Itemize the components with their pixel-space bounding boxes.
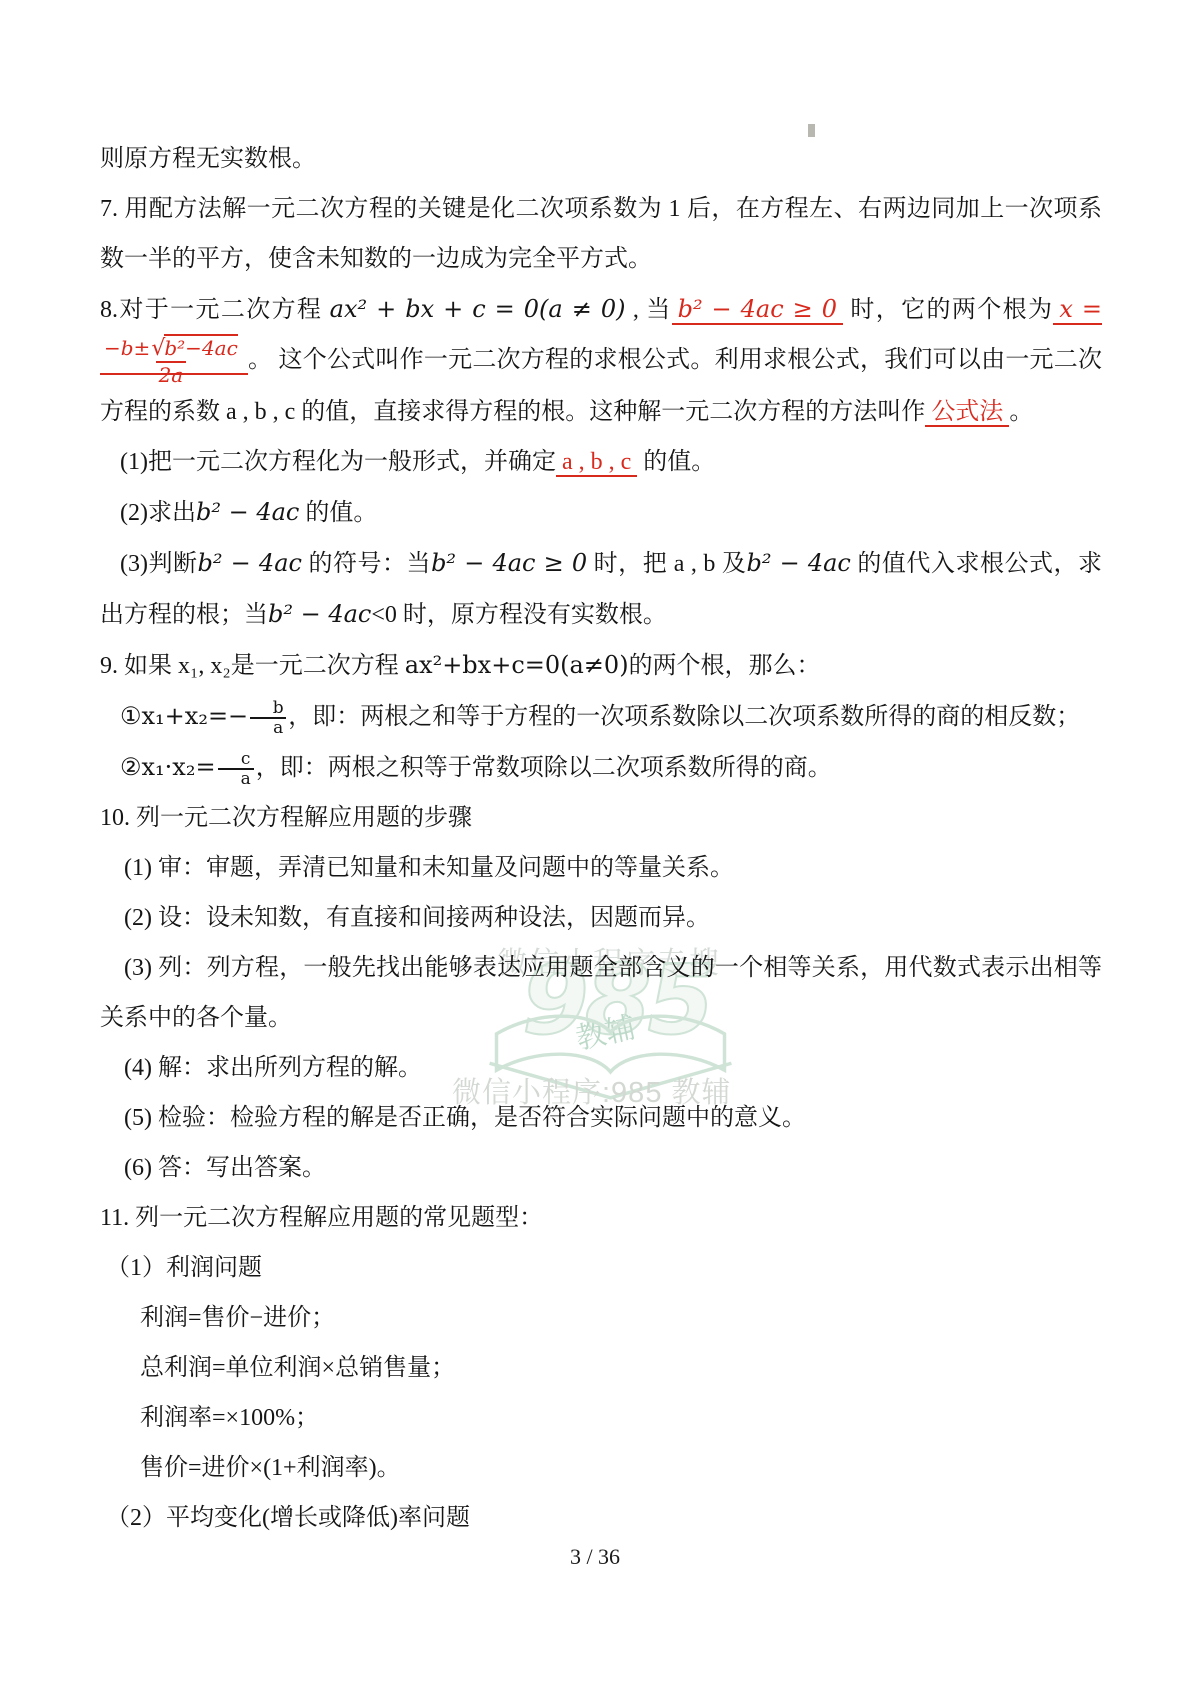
document-page: 微信小程序专搜 985 教辅 微信小程序:985 教辅 则原方程无实数根。 7.…	[0, 0, 1190, 1683]
stray-mark	[808, 124, 815, 137]
item-10-step-2: (2) 设：设未知数，有直接和间接两种设法，因题而异。	[100, 893, 1102, 943]
item-7: 7. 用配方法解一元二次方程的关键是化二次项系数为 1 后，在方程左、右两边同加…	[100, 184, 1102, 284]
method-name: 公式法	[925, 399, 1009, 427]
document-body: 则原方程无实数根。 7. 用配方法解一元二次方程的关键是化二次项系数为 1 后，…	[100, 134, 1102, 1543]
page-number: 3 / 36	[0, 1544, 1190, 1570]
item-8-sub-3: (3)判断b² − 4ac 的符号：当b² − 4ac ≥ 0 时，把 a , …	[100, 538, 1102, 640]
vieta-product-line: ②x₁·x₂=ca，即：两根之积等于常数项除以二次项系数所得的商。	[100, 742, 1102, 793]
profit-formula-4: 售价=进价×(1+利润率)。	[100, 1443, 1102, 1493]
coefficients-abc: a , b , c	[556, 449, 637, 477]
general-form-equation: ax² + bx + c = 0(a ≠ 0)	[330, 295, 626, 323]
item-10-head: 10. 列一元二次方程解应用题的步骤	[100, 793, 1102, 843]
discriminant-condition: b² − 4ac ≥ 0	[672, 295, 843, 325]
item-10-step-6: (6) 答：写出答案。	[100, 1143, 1102, 1193]
sum-fraction: ba	[250, 699, 286, 737]
item-8-sub-2: (2)求出b² − 4ac 的值。	[100, 487, 1102, 538]
profit-formula-2: 总利润=单位利润×总销售量；	[100, 1343, 1102, 1393]
profit-formula-1: 利润=售价−进价；	[100, 1293, 1102, 1343]
item-10-step-1: (1) 审：审题，弄清已知量和未知量及问题中的等量关系。	[100, 843, 1102, 893]
vieta-sum-line: ①x₁+x₂=−ba，即：两根之和等于方程的一次项系数除以二次项系数所得的商的相…	[100, 691, 1102, 742]
item-10-step-3: (3) 列：列方程，一般先找出能够表达应用题全部含义的一个相等关系，用代数式表示…	[100, 943, 1102, 1043]
profit-formula-3: 利润率=×100%；	[100, 1393, 1102, 1443]
product-fraction: ca	[218, 750, 254, 788]
formula-fraction: −b±√b²−4ac2a	[102, 336, 240, 387]
item-11-type-1: （1）利润问题	[100, 1243, 1102, 1293]
item-8-sub-1: (1)把一元二次方程化为一般形式，并确定a , b , c 的值。	[100, 437, 1102, 487]
item-9-equation: ax²+bx+c=0(a≠0)	[405, 651, 629, 679]
item-10-step-5: (5) 检验：检验方程的解是否正确，是否符合实际问题中的意义。	[100, 1093, 1102, 1143]
item-11-type-2: （2）平均变化(增长或降低)率问题	[100, 1493, 1102, 1543]
item-10-step-4: (4) 解：求出所列方程的解。	[100, 1043, 1102, 1093]
item-8: 8.对于一元二次方程 ax² + bx + c = 0(a ≠ 0) , 当b²…	[100, 284, 1102, 437]
intro-line: 则原方程无实数根。	[100, 134, 1102, 184]
item-11-head: 11. 列一元二次方程解应用题的常见题型：	[100, 1193, 1102, 1243]
item-9: 9. 如果 x₁, x₂是一元二次方程 ax²+bx+c=0(a≠0)的两个根，…	[100, 640, 1102, 691]
